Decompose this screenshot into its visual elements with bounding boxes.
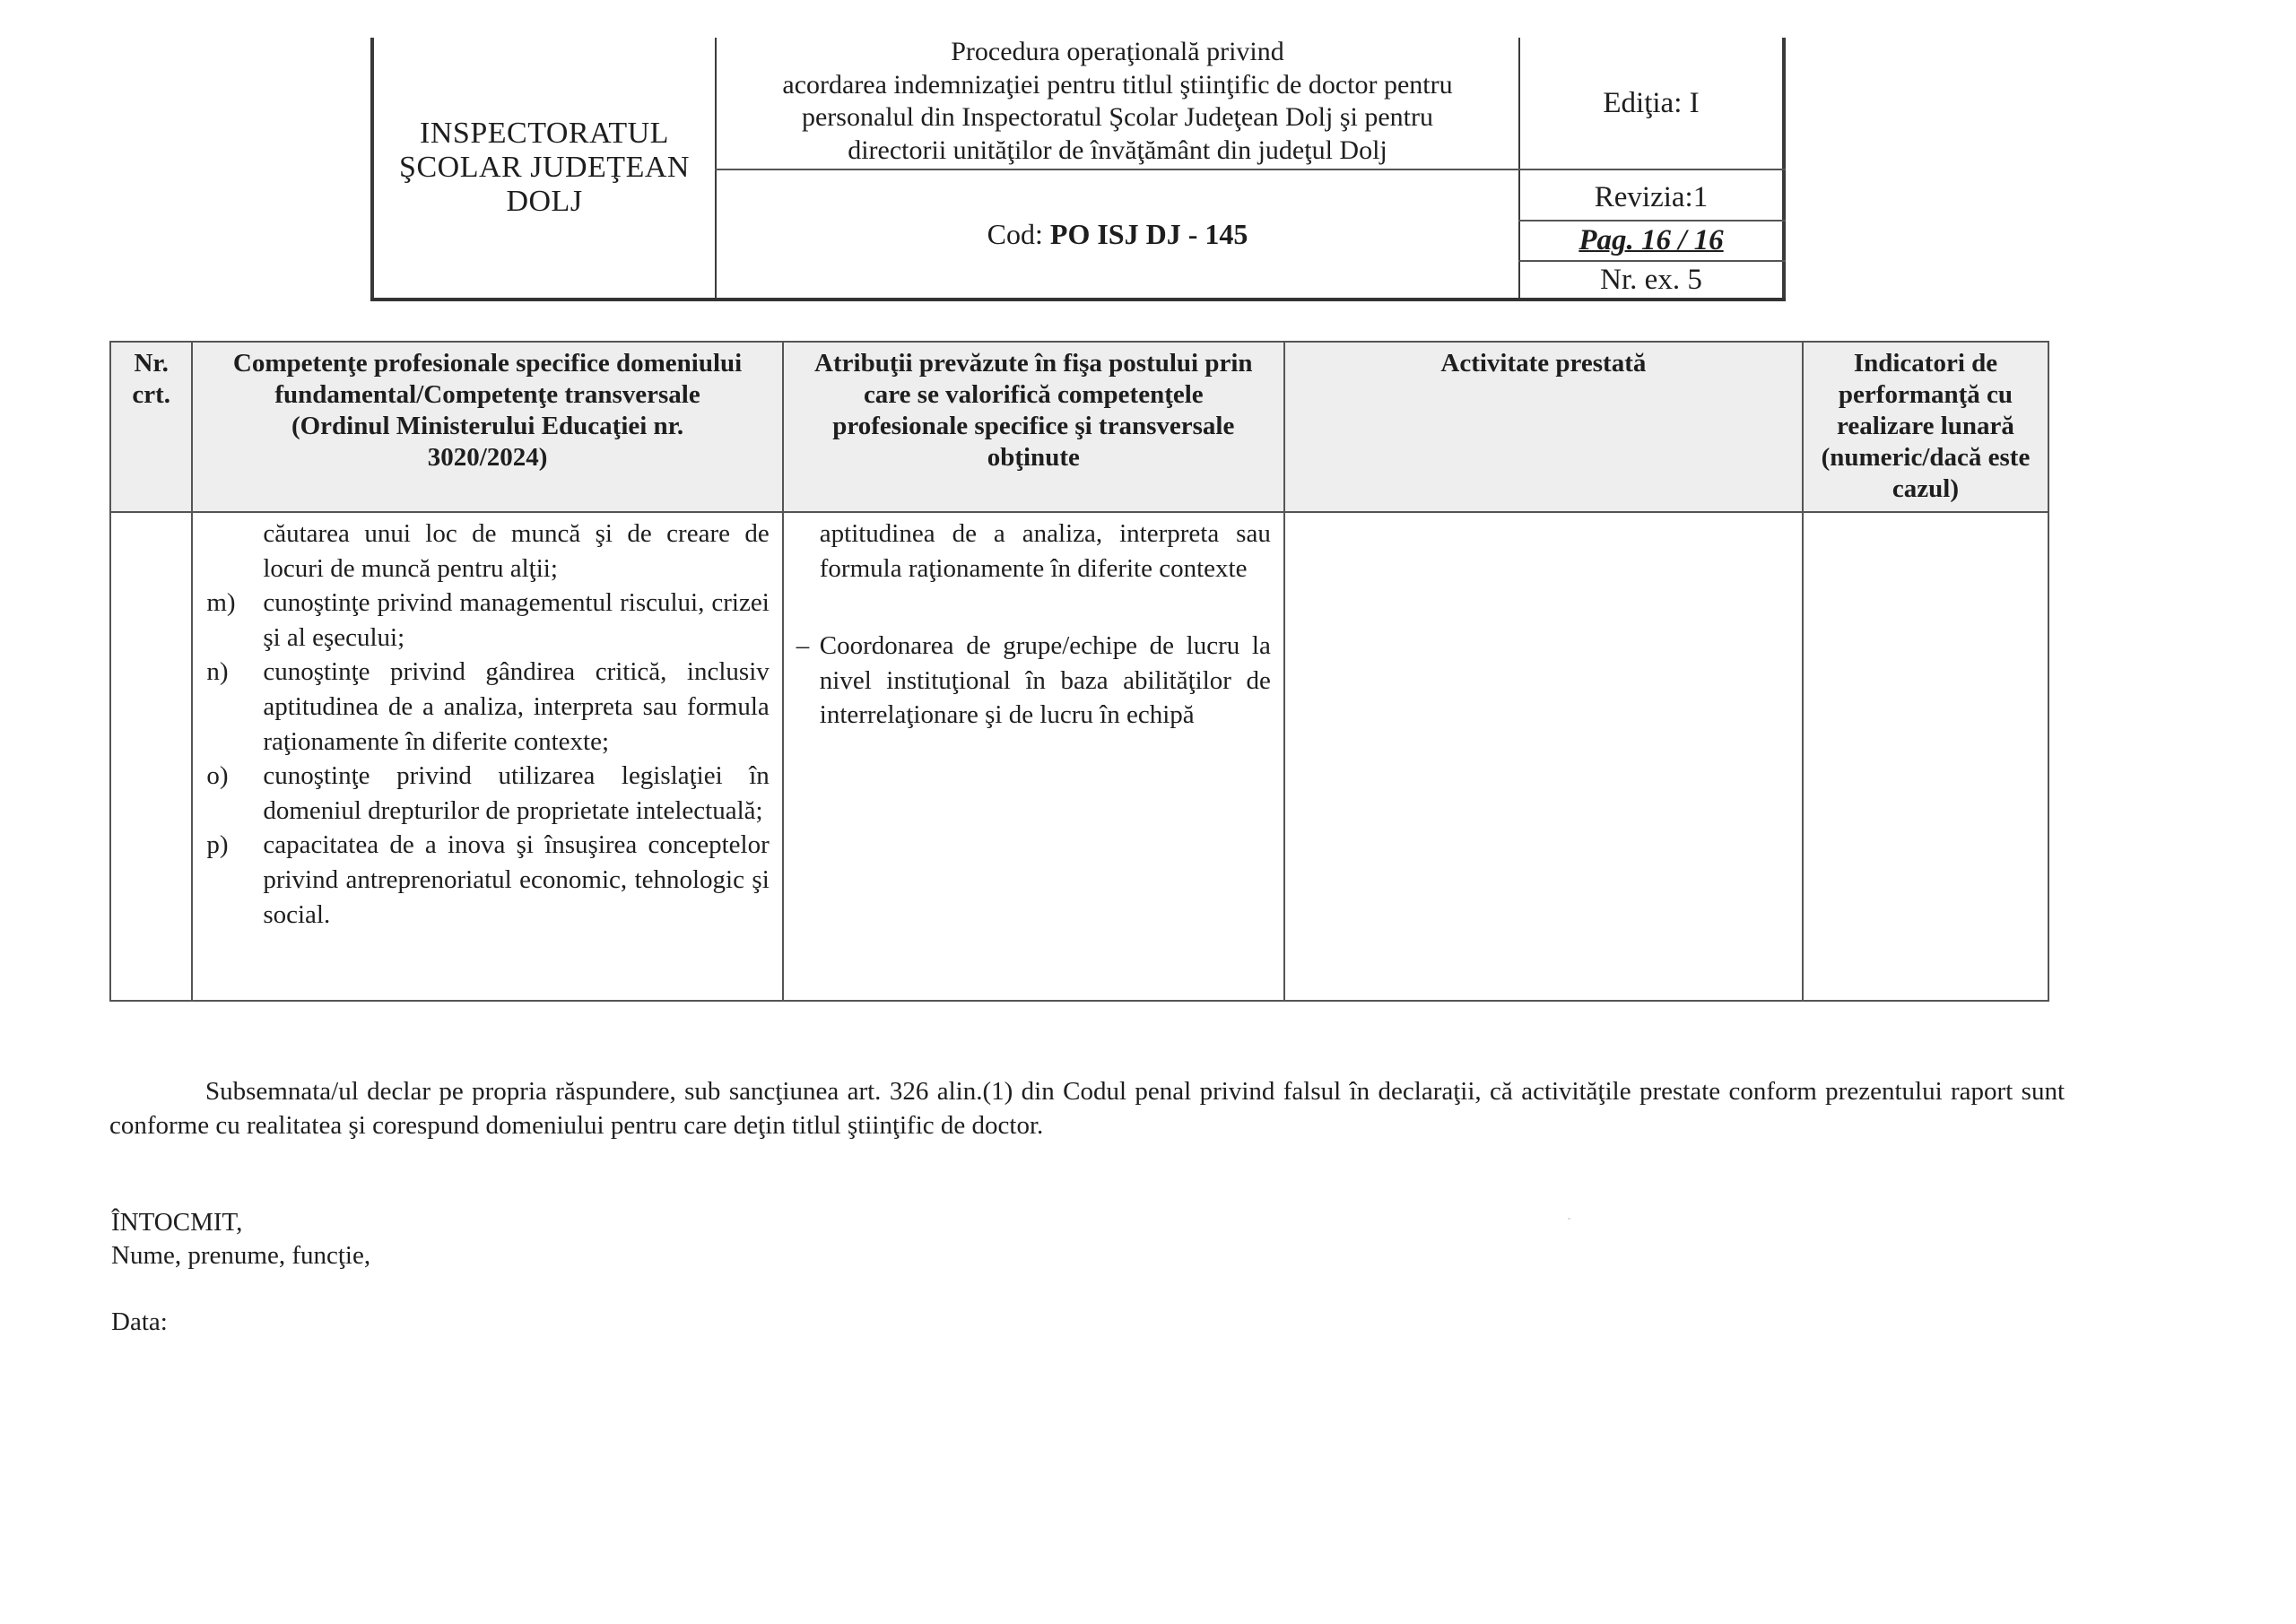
column-header-attributions: Atribuţii prevăzute în fişa postului pri…	[783, 342, 1284, 512]
competence-item: o)cunoştinţe privind utilizarea legislaţ…	[206, 759, 769, 828]
cell-nr	[110, 512, 192, 1001]
attribution-text: Coordonarea de grupe/echipe de lucru la …	[820, 629, 1271, 733]
cell-activity[interactable]	[1284, 512, 1803, 1001]
item-text: cunoştinţe privind utilizarea legislaţie…	[263, 759, 769, 828]
title-line: personalul din Inspectoratul Şcolar Jude…	[782, 101, 1452, 135]
column-header-nr: Nr. crt.	[110, 342, 192, 512]
document-header: INSPECTORATUL ŞCOLAR JUDEŢEAN DOLJ Proce…	[370, 38, 1786, 301]
item-label: n)	[206, 655, 263, 759]
name-function-label: Nume, prenume, funcţie,	[111, 1239, 370, 1272]
cell-indicators[interactable]	[1803, 512, 2048, 1001]
procedure-title: Procedura operaţională privind acordarea…	[717, 38, 1518, 169]
item-text: cunoştinţe privind gândirea critică, inc…	[263, 655, 769, 759]
column-header-activity: Activitate prestată	[1284, 342, 1803, 512]
title-line: Procedura operaţională privind	[782, 36, 1452, 69]
table-row: căutarea unui loc de muncă şi de creare …	[110, 512, 2048, 1001]
title-line: acordarea indemnizaţiei pentru titlul şt…	[782, 69, 1452, 102]
dash-bullet-icon: –	[796, 629, 820, 733]
page-number: Pag. 16 / 16	[1520, 221, 1782, 260]
competence-item: p)capacitatea de a inova şi însuşirea co…	[206, 828, 769, 932]
prepared-by-label: ÎNTOCMIT,	[111, 1206, 370, 1239]
institution-line: ŞCOLAR JUDEŢEAN	[399, 151, 690, 185]
competence-list: căutarea unui loc de muncă şi de creare …	[193, 513, 781, 932]
title-line: directorii unităţilor de învăţământ din …	[782, 135, 1452, 168]
institution-line: DOLJ	[399, 185, 690, 219]
scan-artifact	[1568, 1218, 1570, 1220]
cell-attributions: aptitudinea de a analiza, interpreta sau…	[783, 512, 1284, 1001]
attribution-text: aptitudinea de a analiza, interpreta sau…	[820, 517, 1271, 586]
item-text: cunoştinţe privind managementul riscului…	[263, 586, 769, 655]
competences-table: Nr. crt. Competenţe profesionale specifi…	[109, 341, 2049, 1002]
competence-item: căutarea unui loc de muncă şi de creare …	[206, 517, 769, 586]
item-text: capacitatea de a inova şi însuşirea conc…	[263, 828, 769, 932]
institution-line: INSPECTORATUL	[399, 117, 690, 151]
procedure-code: Cod: PO ISJ DJ - 145	[717, 170, 1518, 298]
table-header-row: Nr. crt. Competenţe profesionale specifi…	[110, 342, 2048, 512]
declaration-text: Subsemnata/ul declar pe propria răspunde…	[109, 1074, 2065, 1142]
attribution-item: aptitudinea de a analiza, interpreta sau…	[796, 517, 1271, 586]
revision: Revizia:1	[1520, 170, 1782, 220]
date-label: Data:	[111, 1306, 370, 1339]
code-label: Cod:	[987, 218, 1050, 250]
code-value: PO ISJ DJ - 145	[1050, 218, 1248, 250]
edition: Ediţia: I	[1520, 38, 1782, 169]
header-border-bottom	[370, 298, 1786, 301]
attribution-list: aptitudinea de a analiza, interpreta sau…	[784, 513, 1283, 733]
dash-bullet-icon	[796, 517, 820, 586]
institution-name: INSPECTORATUL ŞCOLAR JUDEŢEAN DOLJ	[374, 38, 715, 298]
competence-item: n)cunoştinţe privind gândirea critică, i…	[206, 655, 769, 759]
item-label: o)	[206, 759, 263, 828]
item-label: p)	[206, 828, 263, 932]
competence-item: m)cunoştinţe privind managementul riscul…	[206, 586, 769, 655]
signature-block: ÎNTOCMIT, Nume, prenume, funcţie, Data:	[111, 1206, 370, 1339]
item-label: m)	[206, 586, 263, 655]
column-header-indicators: Indicatori de performanţă cu realizare l…	[1803, 342, 2048, 512]
cell-competences: căutarea unui loc de muncă şi de creare …	[192, 512, 782, 1001]
item-text: căutarea unui loc de muncă şi de creare …	[263, 517, 769, 586]
copy-number: Nr. ex. 5	[1520, 262, 1782, 298]
column-header-competences: Competenţe profesionale specifice domeni…	[192, 342, 782, 512]
attribution-item: –Coordonarea de grupe/echipe de lucru la…	[796, 629, 1271, 733]
